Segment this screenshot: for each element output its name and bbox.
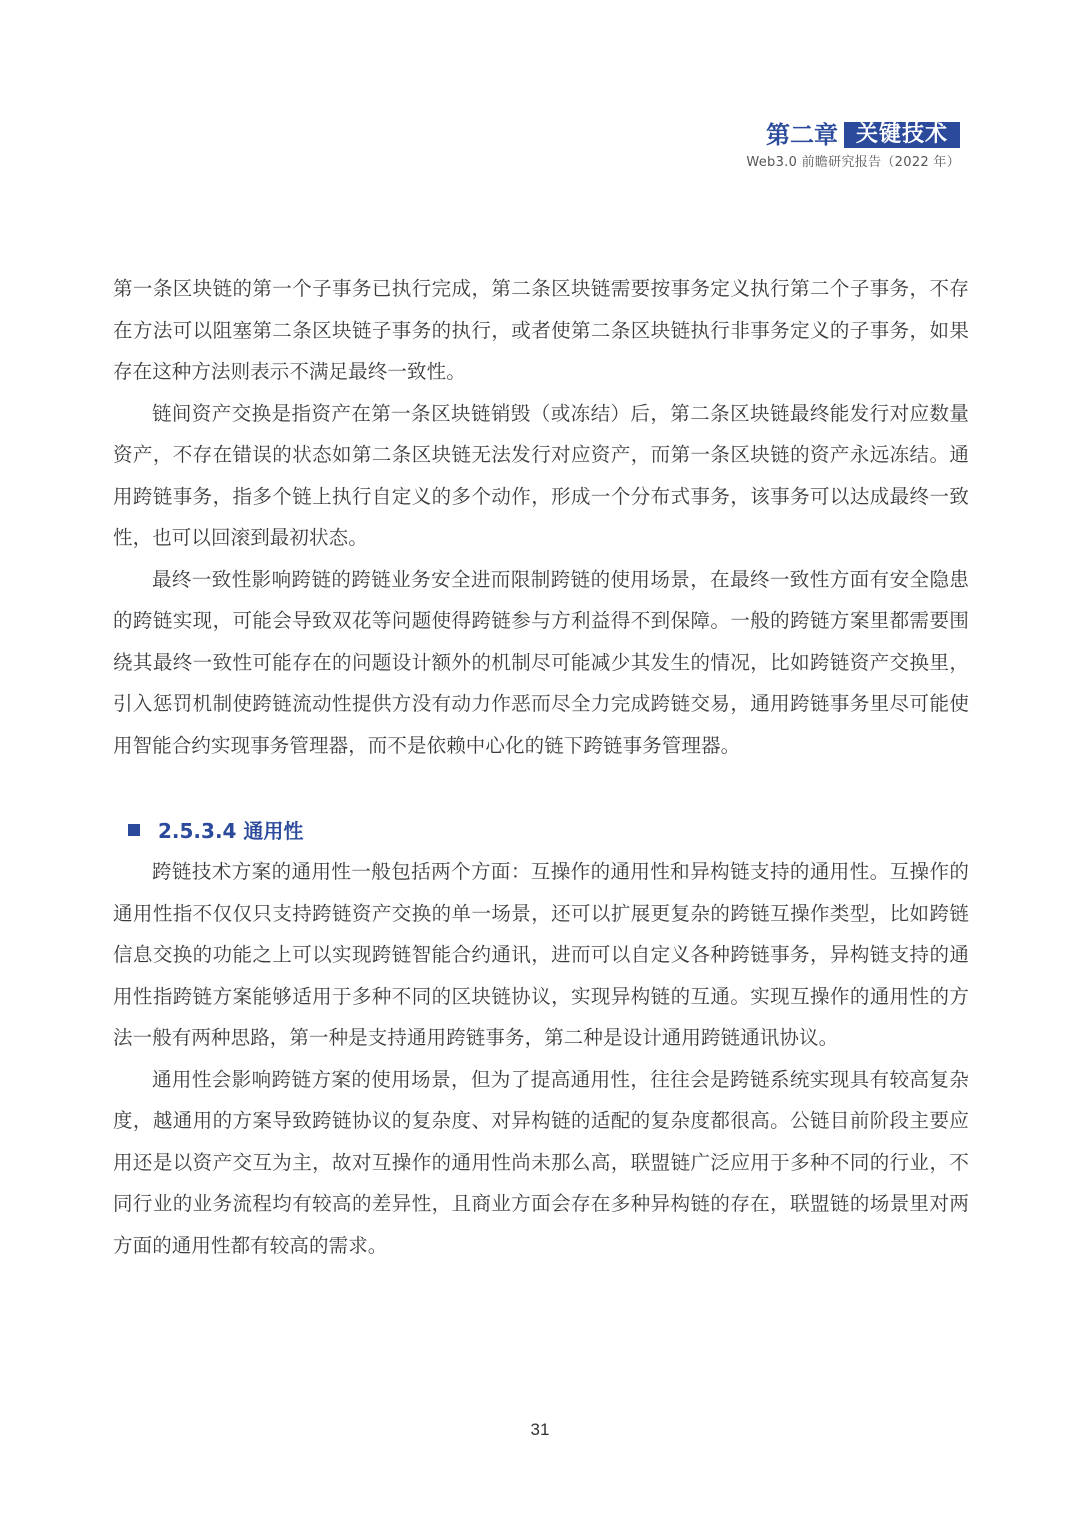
paragraph: 链间资产交换是指资产在第一条区块链销毁（或冻结）后，第二条区块链最终能发行对应数… [113,393,969,559]
report-title: Web3.0 前瞻研究报告（2022 年） [746,151,960,170]
paragraph: 最终一致性影响跨链的跨链业务安全进而限制跨链的使用场景，在最终一致性方面有安全隐… [113,559,969,767]
square-bullet-icon [128,824,140,836]
paragraph: 第一条区块链的第一个子事务已执行完成，第二条区块链需要按事务定义执行第二个子事务… [113,268,969,393]
page-header: 第二章 关键技术 Web3.0 前瞻研究报告（2022 年） [746,120,960,170]
section-heading: 2.5.3.4 通用性 [128,815,303,844]
paragraph: 通用性会影响跨链方案的使用场景，但为了提高通用性，往往会是跨链系统实现具有较高复… [113,1059,969,1267]
page-number: 31 [0,1420,1080,1440]
chapter-title: 关键技术 [844,122,960,148]
body-text: 第一条区块链的第一个子事务已执行完成，第二条区块链需要按事务定义执行第二个子事务… [113,268,969,766]
chapter-number: 第二章 [766,120,838,150]
paragraph: 跨链技术方案的通用性一般包括两个方面：互操作的通用性和异构链支持的通用性。互操作… [113,851,969,1059]
chapter-heading: 第二章 关键技术 [746,120,960,150]
section-body: 跨链技术方案的通用性一般包括两个方面：互操作的通用性和异构链支持的通用性。互操作… [113,851,969,1266]
section-title: 2.5.3.4 通用性 [158,815,303,844]
